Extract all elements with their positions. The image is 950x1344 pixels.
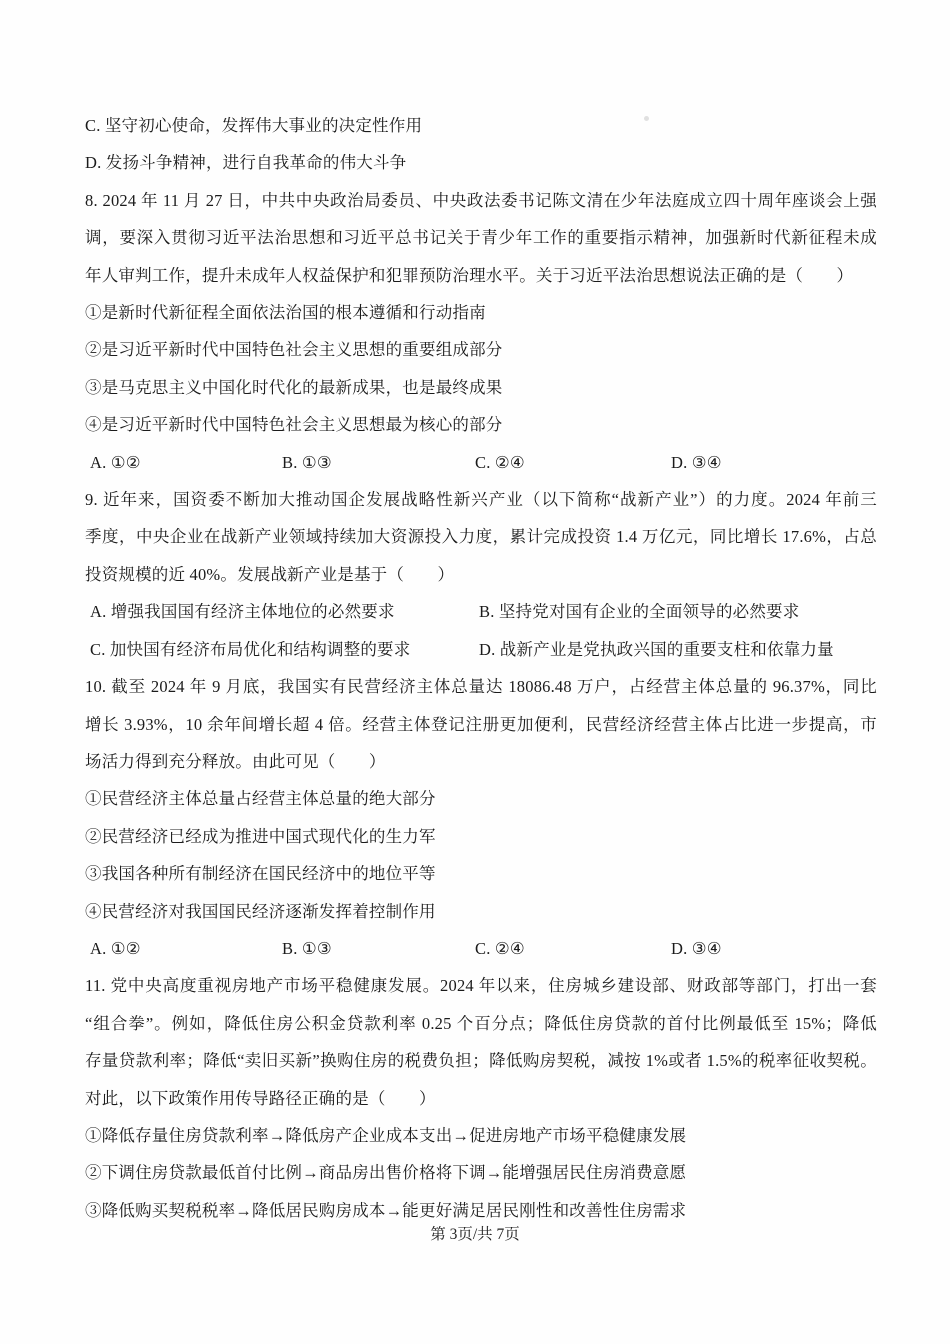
q9-option-a: A. 增强我国国有经济主体地位的必然要求	[90, 593, 479, 630]
q8-stem-line-3: 年人审判工作，提升未成年人权益保护和犯罪预防治理水平。关于习近平法治思想说法正确…	[85, 257, 877, 294]
q8-option-d: D. ③④	[671, 444, 877, 481]
q10-option-c: C. ②④	[475, 930, 671, 967]
q9-stem-line-3: 投资规模的近 40%。发展战新产业是基于（ ）	[85, 556, 877, 593]
q10-item-4: ④民营经济对我国国民经济逐渐发挥着控制作用	[85, 893, 877, 930]
q10-item-3: ③我国各种所有制经济在国民经济中的地位平等	[85, 855, 877, 892]
q11-item-1: ①降低存量住房贷款利率→降低房产企业成本支出→促进房地产市场平稳健康发展	[85, 1117, 877, 1154]
q10-option-b: B. ①③	[282, 930, 475, 967]
q10-option-d: D. ③④	[671, 930, 877, 967]
q9-option-b: B. 坚持党对国有企业的全面领导的必然要求	[479, 593, 877, 630]
q11-stem-line-3: 存量贷款利率；降低“卖旧买新”换购住房的税费负担；降低购房契税，减按 1%或者 …	[85, 1042, 877, 1079]
q8-item-3: ③是马克思主义中国化时代化的最新成果，也是最终成果	[85, 369, 877, 406]
q8-option-a: A. ①②	[90, 444, 282, 481]
q8-option-b: B. ①③	[282, 444, 475, 481]
q10-options-row: A. ①② B. ①③ C. ②④ D. ③④	[85, 930, 877, 967]
q8-item-1: ①是新时代新征程全面依法治国的根本遵循和行动指南	[85, 294, 877, 331]
q9-options-row-1: A. 增强我国国有经济主体地位的必然要求 B. 坚持党对国有企业的全面领导的必然…	[85, 593, 877, 630]
q8-options-row: A. ①② B. ①③ C. ②④ D. ③④	[85, 444, 877, 481]
q11-stem-line-1: 11. 党中央高度重视房地产市场平稳健康发展。2024 年以来，住房城乡建设部、…	[85, 967, 877, 1004]
q8-option-c: C. ②④	[475, 444, 671, 481]
q8-item-2: ②是习近平新时代中国特色社会主义思想的重要组成部分	[85, 331, 877, 368]
q10-stem-line-3: 场活力得到充分释放。由此可见（ ）	[85, 743, 877, 780]
q9-stem-line-2: 季度，中央企业在战新产业领域持续加大资源投入力度，累计完成投资 1.4 万亿元，…	[85, 518, 877, 555]
q10-item-1: ①民营经济主体总量占经营主体总量的绝大部分	[85, 780, 877, 817]
exam-content: C. 坚守初心使命，发挥伟大事业的决定性作用 D. 发扬斗争精神，进行自我革命的…	[85, 107, 877, 1229]
q11-stem-line-4: 对此，以下政策作用传导路径正确的是（ ）	[85, 1080, 877, 1117]
q8-item-4: ④是习近平新时代中国特色社会主义思想最为核心的部分	[85, 406, 877, 443]
q9-option-c: C. 加快国有经济布局优化和结构调整的要求	[90, 631, 479, 668]
exam-page: C. 坚守初心使命，发挥伟大事业的决定性作用 D. 发扬斗争精神，进行自我革命的…	[0, 0, 950, 1344]
q10-item-2: ②民营经济已经成为推进中国式现代化的生力军	[85, 818, 877, 855]
q10-stem-line-2: 增长 3.93%，10 余年间增长超 4 倍。经营主体登记注册更加便利，民营经济…	[85, 706, 877, 743]
page-number-footer: 第 3页/共 7页	[0, 1222, 950, 1248]
q10-stem-line-1: 10. 截至 2024 年 9 月底，我国实有民营经济主体总量达 18086.4…	[85, 668, 877, 705]
q11-item-2: ②下调住房贷款最低首付比例→商品房出售价格将下调→能增强居民住房消费意愿	[85, 1154, 877, 1191]
q7-option-c: C. 坚守初心使命，发挥伟大事业的决定性作用	[85, 107, 877, 144]
q9-stem-line-1: 9. 近年来，国资委不断加大推动国企发展战略性新兴产业（以下简称“战新产业”）的…	[85, 481, 877, 518]
q8-stem-line-2: 调，要深入贯彻习近平法治思想和习近平总书记关于青少年工作的重要指示精神，加强新时…	[85, 219, 877, 256]
q11-stem-line-2: “组合拳”。例如，降低住房公积金贷款利率 0.25 个百分点；降低住房贷款的首付…	[85, 1005, 877, 1042]
q9-options-row-2: C. 加快国有经济布局优化和结构调整的要求 D. 战新产业是党执政兴国的重要支柱…	[85, 631, 877, 668]
q10-option-a: A. ①②	[90, 930, 282, 967]
q8-stem-line-1: 8. 2024 年 11 月 27 日，中共中央政治局委员、中央政法委书记陈文清…	[85, 182, 877, 219]
q9-option-d: D. 战新产业是党执政兴国的重要支柱和依靠力量	[479, 631, 877, 668]
q7-option-d: D. 发扬斗争精神，进行自我革命的伟大斗争	[85, 144, 877, 181]
